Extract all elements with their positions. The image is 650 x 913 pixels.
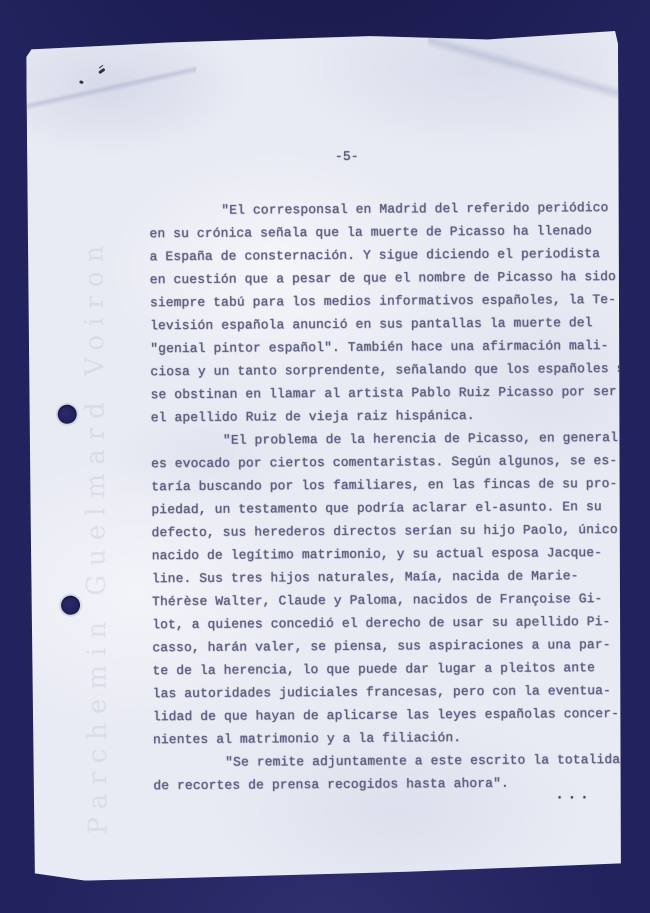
text-line: defecto, sus herederos directos serían s… [151, 518, 619, 544]
paper-crease-top-left [26, 58, 196, 117]
text-line: "genial pintor español". También hace un… [150, 334, 618, 360]
text-line: nientes al matrimonio y a la filiación. [153, 725, 621, 751]
text-line: es evocado por ciertos comentaristas. Se… [151, 449, 619, 475]
text-line: "Se remite adjuntamente a este escrito l… [153, 748, 621, 774]
document-text-body: "El corresponsal en Madrid del referido … [149, 196, 621, 797]
text-line: levisión española anunció en sus pantall… [150, 311, 618, 337]
page-number: -5- [149, 143, 617, 169]
paper-crease-top-right [428, 31, 618, 102]
typewritten-text: -5- "El corresponsal en Madrid del refer… [149, 143, 622, 797]
text-line: lidad de que hayan de aplicarse las leye… [153, 702, 621, 728]
text-line: "El corresponsal en Madrid del referido … [149, 196, 617, 222]
end-of-text-dots: ... [555, 787, 592, 803]
text-line: Thérèse Walter, Claude y Paloma, nacidos… [152, 587, 620, 613]
text-line: nacido de legítimo matrimonio, y su actu… [152, 541, 620, 567]
paragraph: "Se remite adjuntamente a este escrito l… [153, 748, 621, 797]
ink-mark [79, 80, 84, 84]
text-line: "El problema de la herencia de Picasso, … [151, 426, 619, 452]
paper-watermark: Parchemin Guelmard Voiron [79, 115, 114, 835]
punch-hole [58, 405, 77, 424]
text-line: siempre tabú para los medios informativo… [150, 288, 618, 314]
text-line: a España de consternación. Y sigue dicie… [150, 242, 618, 268]
paper-sheet: Parchemin Guelmard Voiron -5- "El corres… [26, 31, 624, 881]
text-line: de recortes de prensa recogidos hasta ah… [153, 771, 621, 797]
text-line: casso, harán valer, se piensa, sus aspir… [152, 633, 620, 659]
text-line: line. Sus tres hijos naturales, Maía, na… [152, 564, 620, 590]
text-line: se obstinan en llamar al artista Pablo R… [150, 380, 618, 406]
text-line: en su crónica señala que la muerte de Pi… [149, 219, 617, 245]
ink-mark [98, 68, 105, 75]
text-line: ciosa y un tanto sorprendente, señalando… [150, 357, 618, 383]
text-line: te de la herencia, lo que puede dar luga… [152, 656, 620, 682]
text-line: en cuestión que a pesar de que el nombre… [150, 265, 618, 291]
text-line: el apellido Ruiz de vieja raiz hispánica… [151, 403, 619, 429]
paragraph: "El problema de la herencia de Picasso, … [151, 426, 621, 751]
text-line: taría buscando por los familiares, en la… [151, 472, 619, 498]
text-line: piedad, un testamento que podría aclarar… [151, 495, 619, 521]
scanned-document-page: Parchemin Guelmard Voiron -5- "El corres… [0, 0, 650, 913]
text-line: lot, a quienes concedió el derecho de us… [152, 610, 620, 636]
paragraph: "El corresponsal en Madrid del referido … [149, 196, 619, 429]
text-line: las autoridades judiciales francesas, pe… [153, 679, 621, 705]
punch-hole [61, 596, 80, 615]
